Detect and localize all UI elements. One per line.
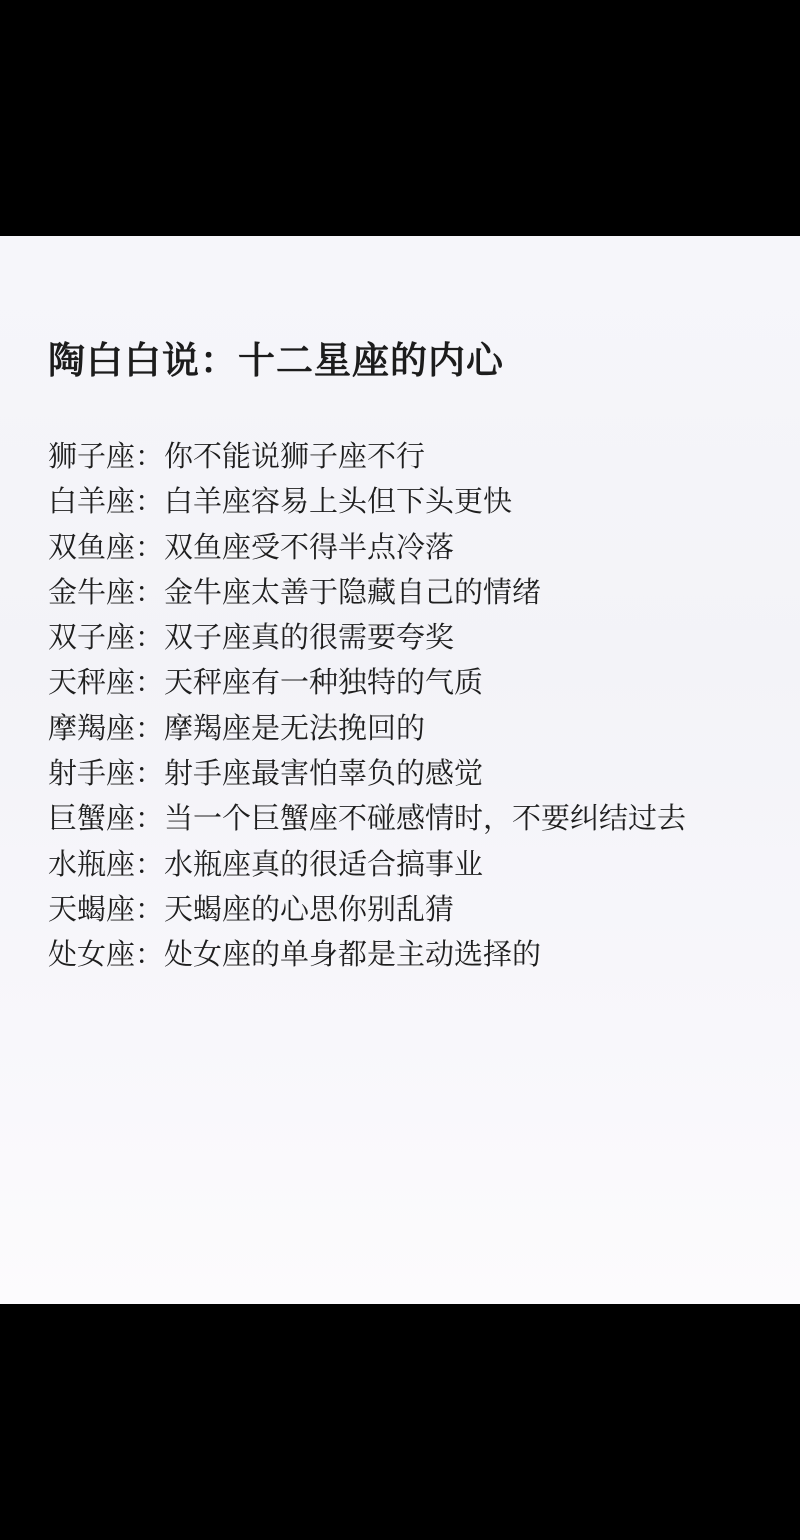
sign-name: 巨蟹座 (48, 801, 135, 835)
separator: ： (135, 530, 164, 564)
list-item-taurus: 金牛座：金牛座太善于隐藏自己的情绪 (48, 570, 686, 615)
sign-description: 双鱼座受不得半点冷落 (164, 530, 454, 564)
video-frame: 陶白白说：十二星座的内心 狮子座：你不能说狮子座不行 白羊座：白羊座容易上头但下… (0, 0, 800, 1540)
list-item-aquarius: 水瓶座：水瓶座真的很适合搞事业 (48, 842, 686, 887)
list-item-leo: 狮子座：你不能说狮子座不行 (48, 434, 686, 479)
sign-description: 你不能说狮子座不行 (164, 439, 425, 473)
sign-description: 天秤座有一种独特的气质 (164, 665, 483, 699)
separator: ： (135, 665, 164, 699)
sign-name: 天蝎座 (48, 892, 135, 926)
sign-description: 当一个巨蟹座不碰感情时，不要纠结过去 (164, 801, 686, 835)
sign-description: 金牛座太善于隐藏自己的情绪 (164, 575, 541, 609)
sign-description: 白羊座容易上头但下头更快 (164, 484, 512, 518)
list-item-virgo: 处女座：处女座的单身都是主动选择的 (48, 932, 686, 977)
sign-name: 摩羯座 (48, 711, 135, 745)
sign-name: 水瓶座 (48, 847, 135, 881)
separator: ： (135, 937, 164, 971)
list-item-gemini: 双子座：双子座真的很需要夸奖 (48, 615, 686, 660)
separator: ： (135, 484, 164, 518)
sign-description: 射手座最害怕辜负的感觉 (164, 756, 483, 790)
separator: ： (135, 711, 164, 745)
list-item-sagittarius: 射手座：射手座最害怕辜负的感觉 (48, 751, 686, 796)
list-item-cancer: 巨蟹座：当一个巨蟹座不碰感情时，不要纠结过去 (48, 796, 686, 841)
sign-name: 白羊座 (48, 484, 135, 518)
sign-description: 天蝎座的心思你别乱猜 (164, 892, 454, 926)
sign-name: 双鱼座 (48, 530, 135, 564)
separator: ： (135, 847, 164, 881)
separator: ： (135, 801, 164, 835)
sign-name: 双子座 (48, 620, 135, 654)
sign-description: 处女座的单身都是主动选择的 (164, 937, 541, 971)
separator: ： (135, 756, 164, 790)
sign-name: 处女座 (48, 937, 135, 971)
sign-name: 天秤座 (48, 665, 135, 699)
separator: ： (135, 439, 164, 473)
sign-description: 双子座真的很需要夸奖 (164, 620, 454, 654)
sign-name: 金牛座 (48, 575, 135, 609)
list-item-libra: 天秤座：天秤座有一种独特的气质 (48, 660, 686, 705)
separator: ： (135, 575, 164, 609)
separator: ： (135, 620, 164, 654)
sign-description: 水瓶座真的很适合搞事业 (164, 847, 483, 881)
zodiac-list: 狮子座：你不能说狮子座不行 白羊座：白羊座容易上头但下头更快 双鱼座：双鱼座受不… (48, 434, 686, 978)
list-item-scorpio: 天蝎座：天蝎座的心思你别乱猜 (48, 887, 686, 932)
page-title: 陶白白说：十二星座的内心 (48, 330, 504, 384)
list-item-pisces: 双鱼座：双鱼座受不得半点冷落 (48, 525, 686, 570)
sign-description: 摩羯座是无法挽回的 (164, 711, 425, 745)
list-item-capricorn: 摩羯座：摩羯座是无法挽回的 (48, 706, 686, 751)
separator: ： (135, 892, 164, 926)
content-panel: 陶白白说：十二星座的内心 狮子座：你不能说狮子座不行 白羊座：白羊座容易上头但下… (0, 236, 800, 1304)
sign-name: 狮子座 (48, 439, 135, 473)
sign-name: 射手座 (48, 756, 135, 790)
list-item-aries: 白羊座：白羊座容易上头但下头更快 (48, 479, 686, 524)
